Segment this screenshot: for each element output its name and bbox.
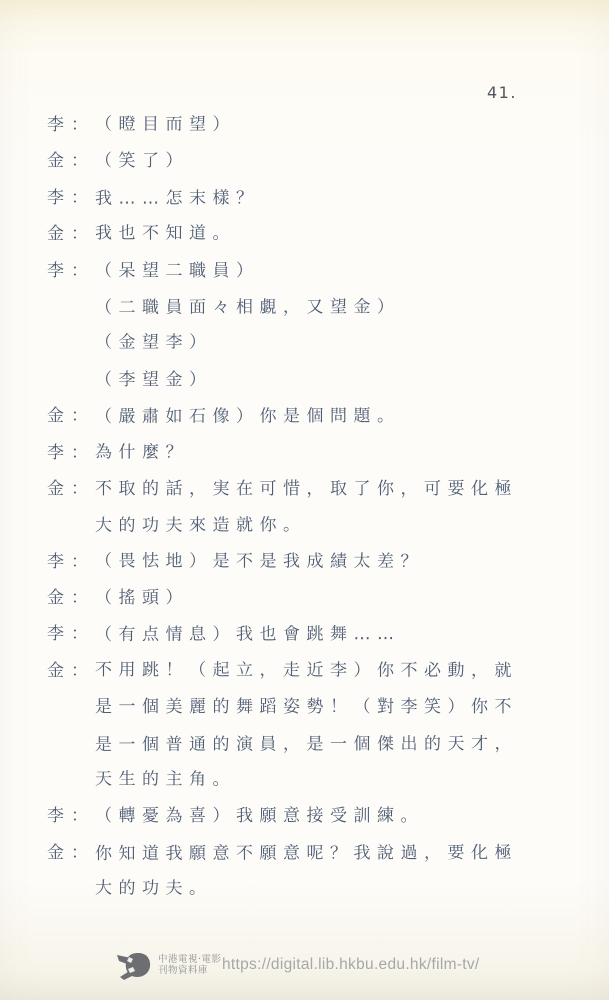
line-text: （搖頭） (95, 583, 189, 608)
script-line: 大的功夫。 (47, 874, 587, 910)
script-line: 李： 我……怎末樣？ (47, 183, 587, 219)
script-line: 李： （畏怯地）是不是我成績太差？ (47, 547, 587, 583)
speaker-label: 李： (47, 183, 95, 208)
line-text: 我也不知道。 (95, 219, 236, 244)
speaker-label: 金： (47, 838, 95, 863)
line-text: 是一個普通的演員，是一個傑出的天才， (95, 729, 518, 755)
watermark-footer: 中港電視·電影 刊物資料庫 https://digital.lib.hkbu.e… (114, 944, 480, 986)
script-line: 天生的主角。 (47, 765, 587, 801)
speaker-label: 金： (47, 656, 95, 681)
script-line: （李望金） (47, 365, 587, 401)
footer-url: https://digital.lib.hkbu.edu.hk/film-tv/ (222, 956, 480, 974)
line-text: （笑了） (95, 146, 189, 171)
logo-text-line2: 刊物資料庫 (158, 965, 216, 977)
speaker-label: 李： (47, 110, 95, 135)
speaker-label: 李： (47, 547, 95, 572)
speaker-label: 金： (47, 146, 95, 171)
line-text: （畏怯地）是不是我成績太差？ (95, 546, 424, 572)
line-text: （二職員面々相覷，又望金） (95, 292, 401, 318)
line-text: 不用跳！（起立，走近李）你不必動，就 (95, 655, 518, 681)
speaker-label: 金： (47, 401, 95, 426)
line-text: 你知道我願意不願意呢？我說過，要化極 (95, 838, 518, 864)
script-line: 金： 不取的話，実在可惜，取了你，可要化極 (47, 474, 587, 510)
speaker-label: 金： (47, 474, 95, 499)
line-text: （轉憂為喜）我願意接受訓練。 (95, 801, 424, 826)
line-text: 大的功夫來造就你。 (95, 511, 307, 537)
script-line: 李： 為什麼？ (47, 438, 587, 474)
script-line: 李： （呆望二職員） (47, 256, 587, 292)
line-text: （呆望二職員） (95, 256, 260, 281)
line-text: （瞪目而望） (95, 109, 236, 134)
line-text: 天生的主角。 (95, 764, 236, 789)
speaker-label: 李： (47, 256, 95, 281)
speaker-label: 金： (47, 219, 95, 244)
script-line: 李： （瞪目而望） (47, 110, 587, 146)
line-text: （嚴肅如石像）你是個問題。 (95, 401, 401, 427)
script-body: 李： （瞪目而望） 金： （笑了） 李： 我……怎末樣？ 金： 我也不知道。 李… (47, 110, 587, 911)
script-line: 金： 你知道我願意不願意呢？我說過，要化極 (47, 838, 587, 874)
line-text: （金望李） (95, 328, 213, 353)
script-line: 是一個美麗的舞蹈姿勢！（對李笑）你不 (47, 692, 587, 728)
line-text: 是一個美麗的舞蹈姿勢！（對李笑）你不 (95, 692, 518, 717)
script-line: 李： （有点情息）我也會跳舞…… (47, 619, 587, 655)
library-logo-text: 中港電視·電影 刊物資料庫 (158, 954, 216, 977)
scanned-script-page: 41. 李： （瞪目而望） 金： （笑了） 李： 我……怎末樣？ 金： 我也不知… (0, 0, 609, 1000)
studio-light-icon (114, 944, 156, 986)
line-text: 大的功夫。 (95, 874, 213, 899)
speaker-label: 李： (47, 801, 95, 826)
script-line: 金： 我也不知道。 (47, 219, 587, 255)
script-line: （二職員面々相覷，又望金） (47, 292, 587, 328)
script-line: 金： 不用跳！（起立，走近李）你不必動，就 (47, 656, 587, 692)
script-line: 金： （嚴肅如石像）你是個問題。 (47, 401, 587, 437)
page-number: 41. (487, 83, 517, 102)
line-text: 不取的話，実在可惜，取了你，可要化極 (95, 474, 518, 499)
logo-text-line1: 中港電視·電影 (158, 954, 216, 966)
script-line: 金： （搖頭） (47, 583, 587, 619)
script-line: 大的功夫來造就你。 (47, 510, 587, 546)
script-line: 李： （轉憂為喜）我願意接受訓練。 (47, 801, 587, 837)
script-line: （金望李） (47, 328, 587, 364)
line-text: （李望金） (95, 365, 213, 390)
speaker-label: 李： (47, 619, 95, 644)
speaker-label: 金： (47, 583, 95, 608)
speaker-label: 李： (47, 438, 95, 463)
script-line: 金： （笑了） (47, 146, 587, 182)
line-text: 為什麼？ (95, 437, 189, 462)
line-text: 我……怎末樣？ (95, 183, 260, 208)
script-line: 是一個普通的演員，是一個傑出的天才， (47, 729, 587, 765)
line-text: （有点情息）我也會跳舞…… (95, 620, 401, 646)
